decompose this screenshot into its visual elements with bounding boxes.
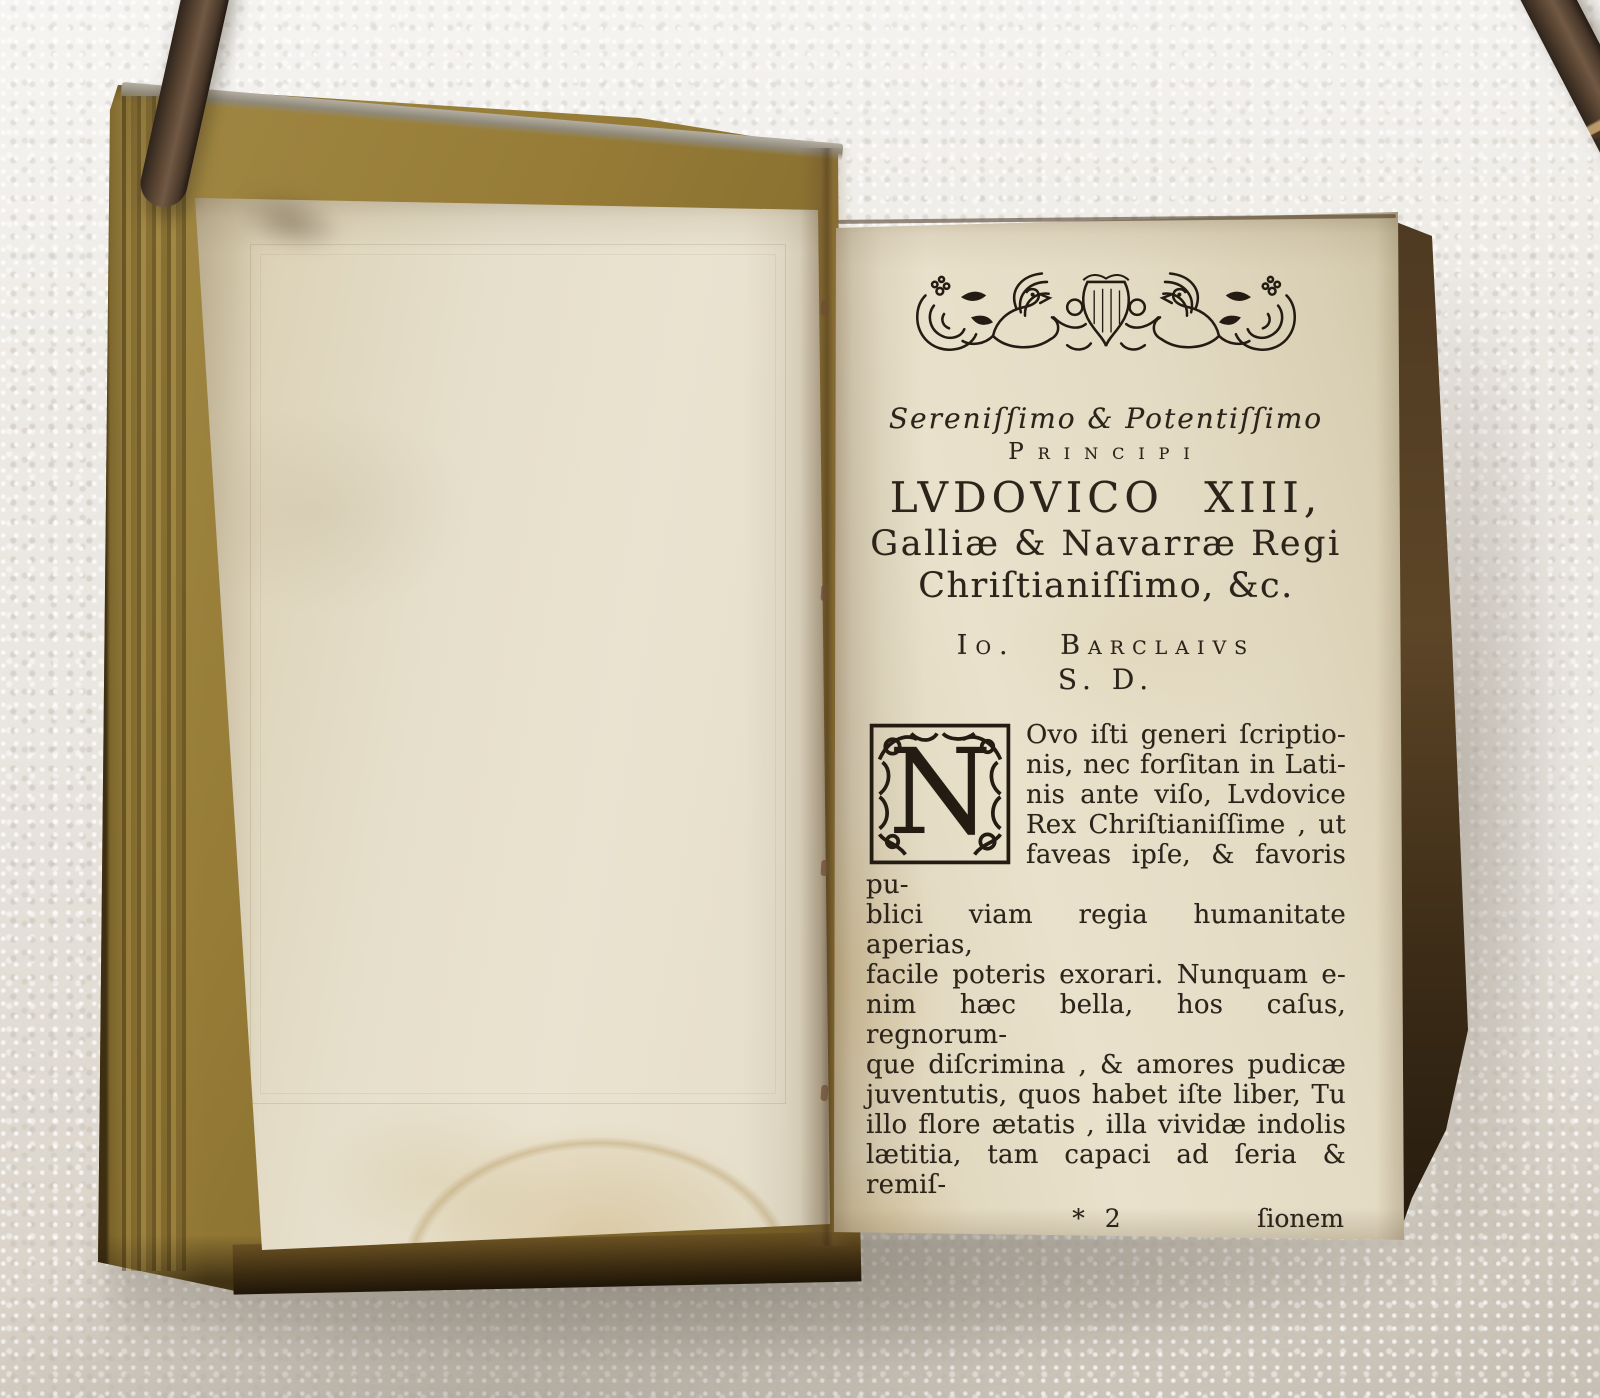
headpiece-bird-left-icon [917,274,1091,350]
body-text-line: illo flore ætatis , illa vividæ indolis [866,1110,1346,1140]
dropcap-initial: N [866,722,1014,866]
body-text-line: nim hæc bella, hos caſus, regnorum- [866,990,1346,1050]
page-footer-row: * 2 ſionem [866,1204,1346,1238]
dedicatee-epithet-line: Chriſtianiſſimo, &c. [866,566,1346,606]
printed-right-page: Sereniſſimo & Potentiſſimo Principi LVDO… [830,204,1406,1248]
catchword: ſionem [1257,1204,1344,1233]
dropcap-letter: N [888,723,991,861]
gutter-stitch [820,860,828,876]
body-text-line: juventutis, quos habet iſte liber, Tu [866,1080,1346,1110]
body-text-line: facile poteris exorari. Nunquam e- [866,960,1346,990]
body-text-line: blici viam regia humanitate aperias, [866,900,1346,960]
dropcap-woodcut-icon: N [866,722,1014,866]
dedicatee-title-line: Galliæ & Navarræ Regi [866,524,1346,564]
dedicatee-name-line: LVDOVICO XIII, [866,473,1346,522]
body-text-line: que diſcrimina , & amores pudicæ [866,1050,1346,1080]
photo-stage: Sereniſſimo & Potentiſſimo Principi LVDO… [0,0,1600,1398]
cover-fore-edge [122,96,186,1271]
author-line: Io. Barclaivs [866,630,1346,661]
headpiece-bird-right-icon [1121,274,1295,350]
dedication-page-content: Sereniſſimo & Potentiſſimo Principi LVDO… [866,256,1346,1238]
salutem-dicit-line: S. D. [866,663,1346,696]
headpiece-ornament [912,256,1300,372]
signature-mark: * 2 [1072,1204,1126,1233]
page-gutter [800,148,852,1246]
gutter-stitch [820,300,828,316]
body-text-line: lætitia, tam capaci ad ſeria & remiſ- [866,1140,1346,1200]
dedication-body: N Ovo iſti generi ſcriptio- nis, nec for… [866,720,1346,1200]
gutter-stitch [820,1085,828,1101]
principi-line: Principi [866,439,1346,465]
headpiece-shield-icon [1083,275,1129,346]
blind-impression-inner [260,254,776,1094]
gutter-stitch [820,585,828,601]
salutation-line: Sereniſſimo & Potentiſſimo [866,402,1346,435]
blind-impression-frame [250,244,786,1104]
blank-left-page [190,192,838,1254]
